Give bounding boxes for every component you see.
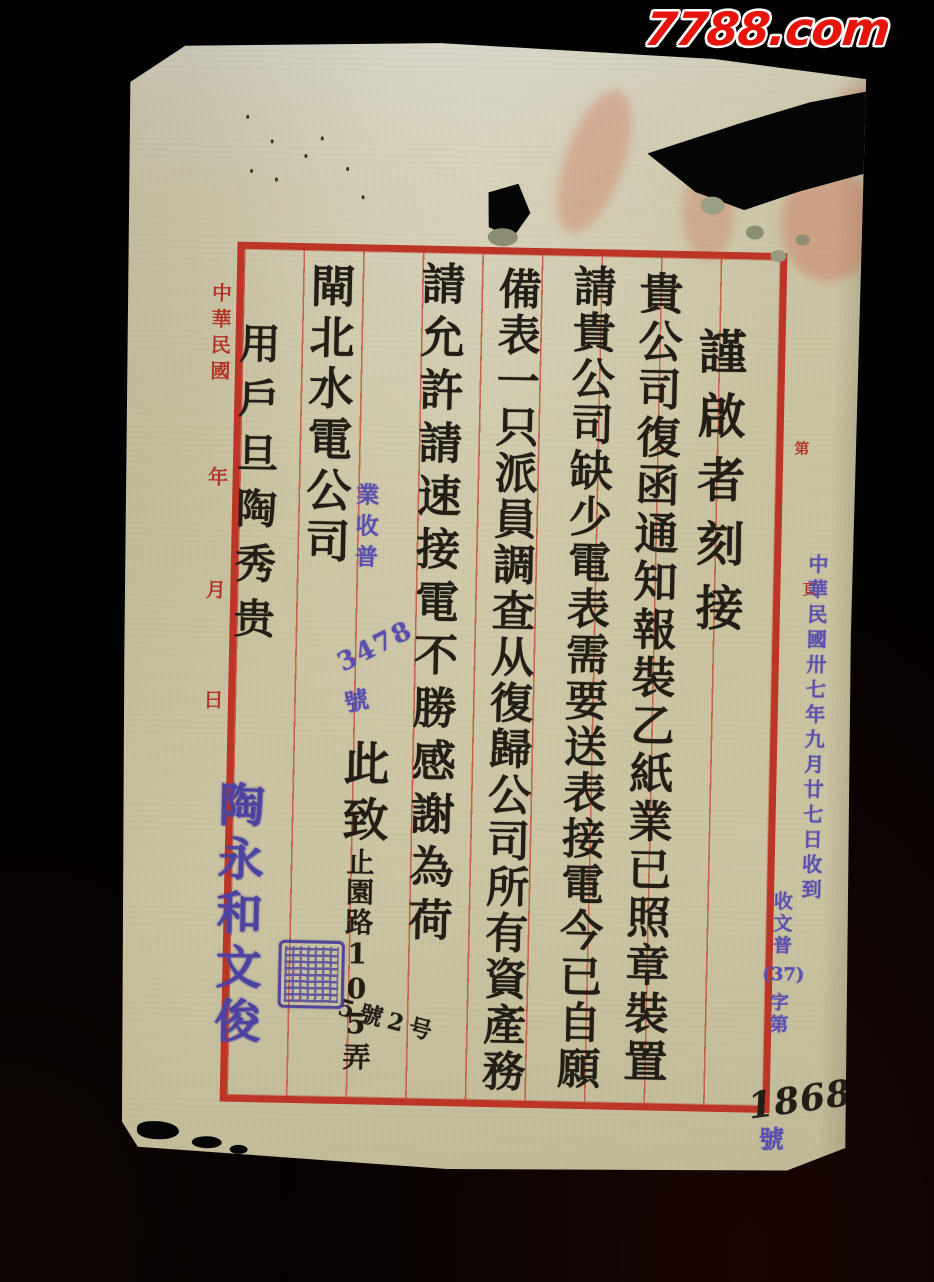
recipient-company: 閘北水電公司 xyxy=(301,262,352,569)
letter-opening-column: 謹啟者刻接 xyxy=(691,326,743,647)
stain-blob xyxy=(488,228,518,247)
margin-month-print: 月 xyxy=(204,579,224,599)
pinhole-speck xyxy=(304,154,307,158)
letter-body-column-4: 請允許請速接電不勝感謝為荷 xyxy=(403,260,461,950)
pinhole-speck xyxy=(346,167,349,171)
square-seal-stamp xyxy=(278,940,345,1009)
doc-series-stamp-line1: 收文普 xyxy=(771,891,791,957)
stain-blob xyxy=(796,234,810,245)
sender-address: 止園路105弄 xyxy=(340,847,373,1073)
signature-stamp: 陶永和文俊 xyxy=(211,780,263,1051)
pinhole-speck xyxy=(271,139,274,143)
doc-series-stamp-line2: (37) xyxy=(762,964,805,986)
site-watermark: 7788.com xyxy=(642,2,892,56)
edge-dark-mark xyxy=(192,1136,222,1149)
page-prefix-print: 第 xyxy=(793,440,808,455)
pinhole-speck xyxy=(275,177,278,181)
edge-dark-mark xyxy=(229,1145,247,1154)
pinhole-speck xyxy=(321,136,324,140)
business-stamp-label: 業收普 xyxy=(353,482,378,575)
user-name-line: 用戶旦陶秀贵 xyxy=(229,322,277,653)
doc-series-stamp-line3: 字第 xyxy=(767,992,787,1036)
pinhole-speck xyxy=(362,195,365,199)
margin-day-print: 日 xyxy=(202,689,222,709)
seal-script-pattern xyxy=(284,946,339,1003)
pinhole-speck xyxy=(250,169,253,173)
letter-paper: 中華民國 年 月 日 第 頁 謹啟者刻接 貴公司復函通知報裝乙紙業已照章裝置 請… xyxy=(106,34,870,1179)
margin-year-print: 年 xyxy=(206,466,226,486)
doc-number-unit-stamp: 號 xyxy=(759,1120,785,1157)
stain-blob xyxy=(770,250,786,262)
edge-dark-mark xyxy=(137,1121,179,1140)
letter-closing: 此致 xyxy=(339,739,387,852)
margin-era-print: 中華民國 xyxy=(209,282,231,386)
